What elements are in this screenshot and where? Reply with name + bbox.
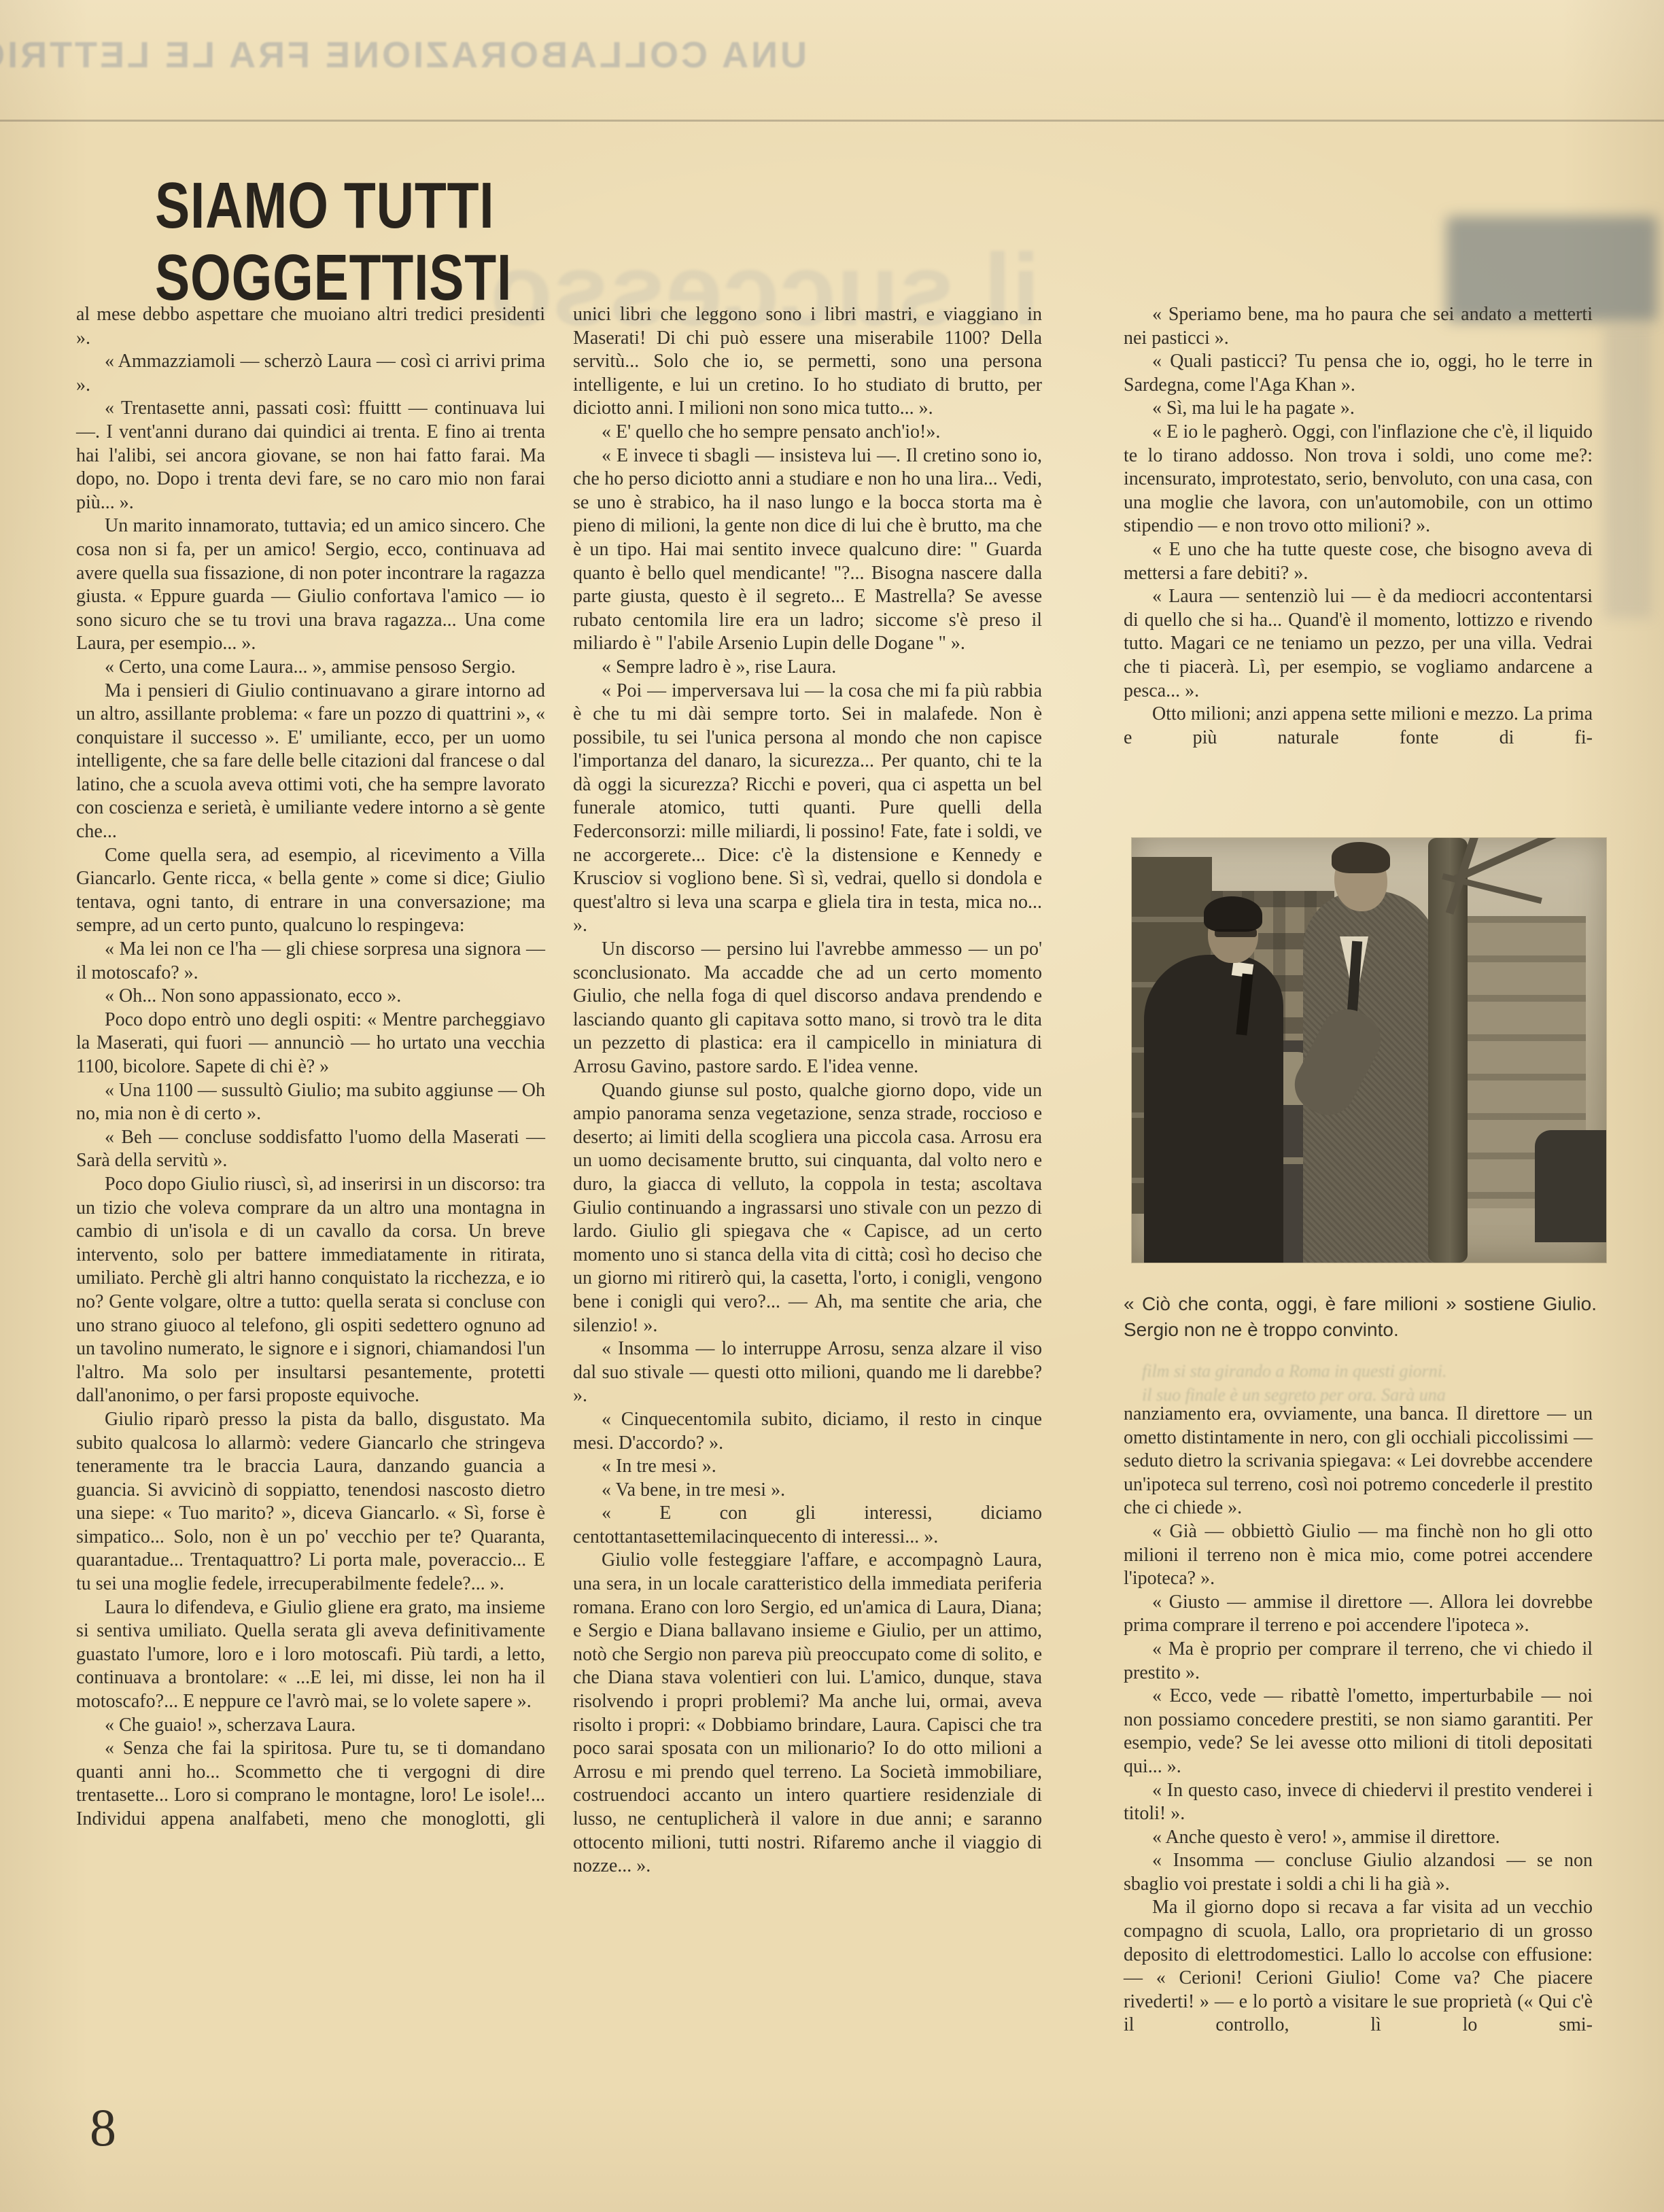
body-paragraph: « Laura — sentenziò lui — è da mediocri …	[1124, 585, 1593, 703]
body-paragraph: Otto milioni; anzi appena sette milioni …	[1124, 703, 1593, 750]
body-paragraph: « Oh... Non sono appassionato, ecco ».	[76, 985, 545, 1008]
body-paragraph: Ma il giorno dopo si recava a far visita…	[1124, 1896, 1593, 2037]
body-paragraph: Giulio volle festeggiare l'affare, e acc…	[573, 1549, 1042, 1878]
body-paragraph: « E invece ti sbagli — insisteva lui —. …	[573, 444, 1042, 656]
photo-caption: « Ciò che conta, oggi, è fare milioni » …	[1124, 1291, 1597, 1343]
text-column-3-upper: « Speriamo bene, ma ho paura che sei and…	[1124, 303, 1593, 750]
body-paragraph: Laura lo difendeva, e Giulio gliene era …	[76, 1596, 545, 1714]
body-paragraph: « Senza che fai la spiritosa. Pure tu, s…	[76, 1737, 545, 1831]
body-paragraph: Poco dopo Giulio riuscì, sì, ad inserirs…	[76, 1173, 545, 1408]
body-paragraph: Ma i pensieri di Giulio continuavano a g…	[76, 680, 545, 844]
body-paragraph: « Trentasette anni, passati così: ffuitt…	[76, 397, 545, 514]
body-paragraph: « In questo caso, invece di chiedervi il…	[1124, 1779, 1593, 1826]
body-paragraph: Giulio riparò presso la pista da ballo, …	[76, 1408, 545, 1596]
magazine-page: UNA COLLABORAZIONE FRA LE LETTRICI E IL …	[0, 0, 1664, 2212]
body-paragraph: « Insomma — concluse Giulio alzandosi — …	[1124, 1849, 1593, 1896]
body-paragraph: « Speriamo bene, ma ho paura che sei and…	[1124, 303, 1593, 350]
bleedthrough-line: film si sta girando a Roma in questi gio…	[1142, 1359, 1591, 1383]
body-paragraph: Un discorso — persino lui l'avrebbe amme…	[573, 938, 1042, 1079]
photo-man-left-hair	[1204, 896, 1262, 932]
body-paragraph: « Poi — imperversava lui — la cosa che m…	[573, 680, 1042, 938]
photo-man-left-body	[1144, 955, 1283, 1263]
text-column-3-lower: nanziamento era, ovviamente, una banca. …	[1124, 1403, 1593, 2037]
body-paragraph: « Quali pasticci? Tu pensa che io, oggi,…	[1124, 350, 1593, 397]
body-paragraph: « Cinquecentomila subito, diciamo, il re…	[573, 1408, 1042, 1455]
bleedthrough-edge-strip	[1604, 326, 1652, 618]
body-paragraph: al mese debbo aspettare che muoiano altr…	[76, 303, 545, 350]
body-paragraph: « Insomma — lo interruppe Arrosu, senza …	[573, 1337, 1042, 1408]
body-paragraph: nanziamento era, ovviamente, una banca. …	[1124, 1403, 1593, 1520]
body-paragraph: Un marito innamorato, tuttavia; ed un am…	[76, 514, 545, 656]
body-paragraph: « Sempre ladro è », rise Laura.	[573, 656, 1042, 680]
text-column-2: unici libri che leggono sono i libri mas…	[573, 303, 1042, 1878]
body-paragraph: Come quella sera, ad esempio, al ricevim…	[76, 844, 545, 938]
body-paragraph: Poco dopo entrò uno degli ospiti: « Ment…	[76, 1008, 545, 1079]
body-paragraph: « Ma è proprio per comprare il terreno, …	[1124, 1638, 1593, 1685]
photo-man-left-glasses	[1215, 929, 1257, 937]
body-paragraph: « Certo, una come Laura... », ammise pen…	[76, 656, 545, 680]
body-paragraph: « E io le pagherò. Oggi, con l'inflazion…	[1124, 421, 1593, 538]
text-column-1: al mese debbo aspettare che muoiano altr…	[76, 303, 545, 1831]
body-paragraph: « E uno che ha tutte queste cose, che bi…	[1124, 538, 1593, 585]
body-paragraph: « Una 1100 — sussultò Giulio; ma subito …	[76, 1079, 545, 1126]
body-paragraph: « Anche questo è vero! », ammise il dire…	[1124, 1826, 1593, 1850]
body-paragraph: « Ecco, vede — ribattè l'ometto, impertu…	[1124, 1685, 1593, 1778]
body-paragraph: « Va bene, in tre mesi ».	[573, 1479, 1042, 1503]
article-title: SIAMO TUTTI SOGGETTISTI	[155, 170, 601, 314]
body-paragraph: « Ammazziamoli — scherzò Laura — così ci…	[76, 350, 545, 397]
body-paragraph: unici libri che leggono sono i libri mas…	[573, 303, 1042, 421]
body-paragraph: « Che guaio! », scherzava Laura.	[76, 1714, 545, 1738]
photo-man-right-hair	[1332, 842, 1390, 873]
top-rule	[0, 120, 1664, 122]
body-paragraph: « Già — obbiettò Giulio — ma finchè non …	[1124, 1520, 1593, 1591]
body-paragraph: « Giusto — ammise il direttore —. Allora…	[1124, 1591, 1593, 1638]
bleedthrough-text-lines: film si sta girando a Roma in questi gio…	[1142, 1359, 1591, 1407]
body-paragraph: « Ma lei non ce l'ha — gli chiese sorpre…	[76, 938, 545, 985]
photo-car-background	[1535, 1130, 1606, 1242]
body-paragraph: « Beh — concluse soddisfatto l'uomo dell…	[76, 1126, 545, 1173]
bleedthrough-banner-text: UNA COLLABORAZIONE FRA LE LETTRICI E IL …	[151, 34, 807, 77]
page-number: 8	[90, 2097, 116, 2158]
article-title-line1: SIAMO TUTTI	[155, 170, 512, 242]
body-paragraph: « Sì, ma lui le ha pagate ».	[1124, 397, 1593, 421]
article-photo	[1132, 838, 1606, 1263]
body-paragraph: « E' quello che ho sempre pensato anch'i…	[573, 421, 1042, 444]
photo-tree-trunk	[1428, 838, 1468, 1263]
body-paragraph: « In tre mesi ».	[573, 1455, 1042, 1479]
body-paragraph: « E con gli interessi, diciamo centottan…	[573, 1502, 1042, 1549]
body-paragraph: Quando giunse sul posto, qualche giorno …	[573, 1079, 1042, 1338]
